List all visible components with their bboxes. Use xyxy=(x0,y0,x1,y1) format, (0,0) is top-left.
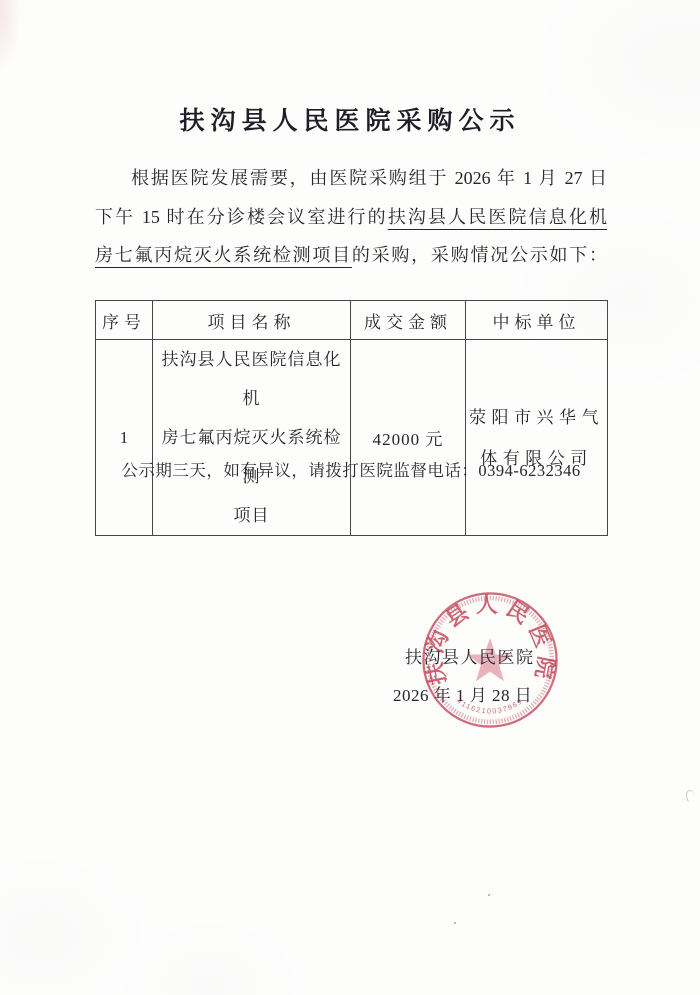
signature-date: 2026 年 1 月 28 日 xyxy=(393,681,532,706)
cell-winner: 荥阳市兴华气 体有限公司 xyxy=(466,340,608,536)
column-header-index: 序号 xyxy=(96,301,153,340)
column-header-winner: 中标单位 xyxy=(466,301,608,340)
table-row: 1 扶沟县人民医院信息化机 房七氟丙烷灭火系统检测 项目 42000 元 荥阳市… xyxy=(96,340,608,536)
table-header-row: 序号 项目名称 成交金额 中标单位 xyxy=(96,301,608,340)
cell-amount: 42000 元 xyxy=(351,340,466,536)
scanned-document-page: 扶沟县人民医院采购公示 根据医院发展需要，由医院采购组于 2026 年 1 月 … xyxy=(0,0,700,995)
paragraph-line-2-plain: 下午 15 时在分诊楼会议室进行的 xyxy=(95,207,388,227)
scan-speck xyxy=(454,922,456,924)
body-paragraph: 根据医院发展需要，由医院采购组于 2026 年 1 月 27 日 下午 15 时… xyxy=(95,159,607,275)
paragraph-line-3: 房七氟丙烷灭火系统检测项目的采购，采购情况公示如下： xyxy=(95,236,607,275)
publicity-period-notice: 公示期三天，如有异议，请拨打医院监督电话：0394-6232346 xyxy=(95,457,607,481)
paragraph-line-3-underlined-project-name: 房七氟丙烷灭火系统检测项目 xyxy=(95,245,352,265)
column-header-project-name: 项目名称 xyxy=(153,301,351,340)
paragraph-line-2-underlined-project-name: 扶沟县人民医院信息化机 xyxy=(388,207,607,227)
paragraph-line-3-plain: 的采购，采购情况公示如下： xyxy=(352,245,607,265)
paragraph-line-2: 下午 15 时在分诊楼会议室进行的扶沟县人民医院信息化机 xyxy=(95,198,607,237)
cell-project-name: 扶沟县人民医院信息化机 房七氟丙烷灭火系统检测 项目 xyxy=(153,340,351,536)
cell-index: 1 xyxy=(96,340,153,536)
scan-speck xyxy=(488,894,490,896)
document-title: 扶沟县人民医院采购公示 xyxy=(0,101,700,137)
signature-organization: 扶沟县人民医院 xyxy=(405,643,535,668)
paragraph-line-1-text: 根据医院发展需要，由医院采购组于 2026 年 1 月 27 日 xyxy=(131,168,607,188)
paragraph-line-1: 根据医院发展需要，由医院采购组于 2026 年 1 月 27 日 xyxy=(95,159,607,198)
column-header-amount: 成交金额 xyxy=(351,301,466,340)
scan-squiggle-artifact xyxy=(685,789,696,803)
procurement-result-table: 序号 项目名称 成交金额 中标单位 1 扶沟县人民医院信息化机 房七氟丙烷灭火系… xyxy=(95,300,608,536)
